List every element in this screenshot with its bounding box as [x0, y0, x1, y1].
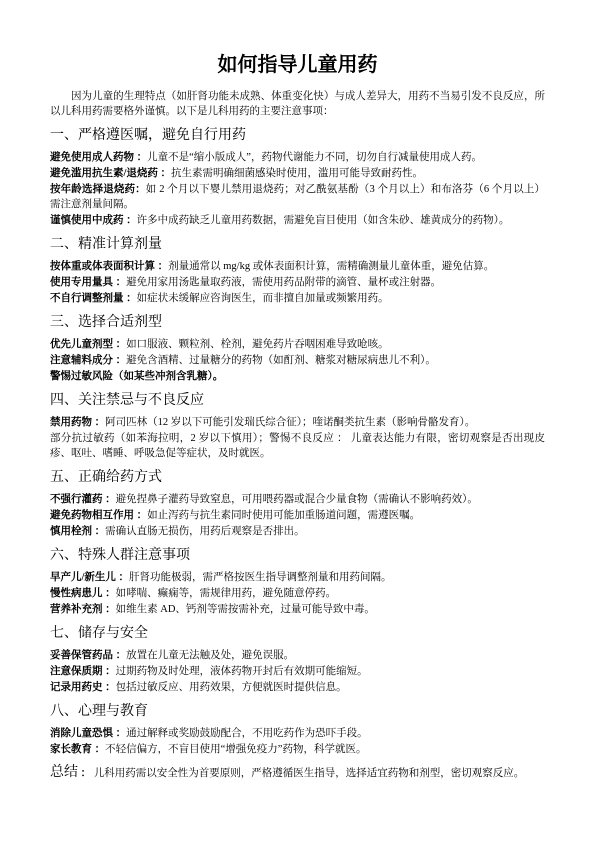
item-label: 禁用药物 ： [50, 417, 105, 428]
section-heading: 二、精准计算剂量 [50, 236, 545, 254]
section-follow-medical-advice: 一、严格遵医嘱，避免自行用药 避免使用成人药物 ：儿童不是“缩小版成人”，药物代… [50, 127, 545, 228]
summary-separator: ： [78, 768, 94, 779]
document-title: 如何指导儿童用药 [50, 52, 545, 78]
item-text: 如口服液、颗粒剂、栓剂，避免药片吞咽困难导致呛咳。 [126, 339, 389, 350]
item-line: 按体重或体表面积计算 ：剂量通常以 mg/kg 或体表面积计算，需精确测量儿童体… [50, 259, 545, 274]
item-text: 包括过敏反应、用药效果，方便就医时提供信息。 [116, 682, 347, 693]
item-text: 放置在儿童无法触及处，避免误服。 [126, 650, 294, 661]
item-text: 如止泻药与抗生素同时使用可能加重肠道问题，需遵医嘱。 [147, 510, 420, 521]
item-label: 不自行调整剂量 ： [50, 293, 137, 304]
item-line: 避免药物相互作用 ：如止泻药与抗生素同时使用可能加重肠道问题，需遵医嘱。 [50, 508, 545, 523]
item-line: 警惕过敏风险（如某些冲剂含乳糖）。 [50, 369, 545, 384]
item-line: 家长教育 ：不轻信偏方，不盲目使用“增强免疫力”药物，科学就医。 [50, 742, 545, 757]
item-line: 谨慎使用中成药 ：许多中成药缺乏儿童用药数据，需避免盲目使用（如含朱砂、雄黄成分… [50, 213, 545, 228]
item-label: 警惕过敏风险（如某些冲剂含乳糖）。 [50, 371, 223, 382]
item-text: 许多中成药缺乏儿童用药数据，需避免盲目使用（如含朱砂、雄黄成分的药物）。 [137, 215, 510, 226]
item-text: 避免捏鼻子灌药导致窒息，可用喂药器或混合少量食物（需确认不影响药效）。 [116, 494, 478, 505]
section-heading: 五、正确给药方式 [50, 469, 545, 487]
item-label: 避免药物相互作用 ： [50, 510, 147, 521]
item-line: 优先儿童剂型 ：如口服液、颗粒剂、栓剂，避免药片吞咽困难导致呛咳。 [50, 337, 545, 352]
item-text: 肝肾功能极弱，需严格按医生指导调整剂量和用药间隔。 [129, 572, 392, 583]
item-text: 通过解释或奖励鼓励配合，不用吃药作为恐吓手段。 [126, 728, 368, 739]
section-dose-calculation: 二、精准计算剂量 按体重或体表面积计算 ：剂量通常以 mg/kg 或体表面积计算… [50, 236, 545, 306]
item-line: 注意保质期 ：过期药物及时处理，液体药物开封后有效期可能缩短。 [50, 664, 545, 679]
document-page: 如何指导儿童用药 因为儿童的生理特点（如肝肾功能未成熟、体重变化快）与成人差异大… [0, 0, 595, 841]
item-text: 避免用家用汤匙量取药液，需使用药品附带的滴管、量杯或注射器。 [126, 277, 441, 288]
item-text: 需确认直肠无损伤，用药后观察是否排出。 [105, 526, 305, 537]
item-text: 如症状未缓解应咨询医生，而非擅自加量或频繁用药。 [137, 293, 389, 304]
item-line: 早产儿/新生儿 ：肝肾功能极弱，需严格按医生指导调整剂量和用药间隔。 [50, 570, 545, 585]
item-text: 不轻信偏方，不盲目使用“增强免疫力”药物，科学就医。 [105, 744, 366, 755]
item-text: 儿童不是“缩小版成人”，药物代谢能力不同，切勿自行减量使用成人药。 [147, 152, 482, 163]
item-text: 如哮喘、癫痫等，需规律用药，避免随意停药。 [116, 588, 337, 599]
item-line: 按年龄选择退烧药：如 2 个月以下婴儿禁用退烧药；对乙酰氨基酚（3 个月以上）和… [50, 182, 545, 212]
item-label: 记录用药史 ： [50, 682, 116, 693]
item-line: 消除儿童恐惧 ：通过解释或奖励鼓励配合，不用吃药作为恐吓手段。 [50, 726, 545, 741]
item-label: 慎用栓剂 ： [50, 526, 105, 537]
item-text: 抗生素需明确细菌感染时使用，滥用可能导致耐药性。 [171, 168, 423, 179]
item-label: 妥善保管药品 ： [50, 650, 126, 661]
item-line: 慢性病患儿 ：如哮喘、癫痫等，需规律用药，避免随意停药。 [50, 586, 545, 601]
item-text: 剂量通常以 mg/kg 或体表面积计算，需精确测量儿童体重，避免估算。 [168, 261, 494, 272]
item-text: 阿司匹林（12 岁以下可能引发瑞氏综合征）；喹诺酮类抗生素（影响骨骼发育）。 [105, 417, 475, 428]
item-label: 谨慎使用中成药 ： [50, 215, 137, 226]
section-contraindications: 四、关注禁忌与不良反应 禁用药物 ：阿司匹林（12 岁以下可能引发瑞氏综合征）；… [50, 392, 545, 461]
item-text: 如维生素 AD、钙剂等需按需补充，过量可能导致中毒。 [116, 604, 375, 615]
summary-label: 总结 [50, 765, 78, 780]
item-line: 不强行灌药 ：避免捏鼻子灌药导致窒息，可用喂药器或混合少量食物（需确认不影响药效… [50, 492, 545, 507]
item-label: 避免滥用抗生素/退烧药 ： [50, 168, 171, 179]
intro-paragraph: 因为儿童的生理特点（如肝肾功能未成熟、体重变化快）与成人差异大，用药不当易引发不… [50, 89, 545, 119]
section-psychology-education: 八、心理与教育 消除儿童恐惧 ：通过解释或奖励鼓励配合，不用吃药作为恐吓手段。 … [50, 703, 545, 757]
item-label: 消除儿童恐惧 ： [50, 728, 126, 739]
item-line: 慎用栓剂 ：需确认直肠无损伤，用药后观察是否排出。 [50, 524, 545, 539]
item-line: 避免滥用抗生素/退烧药 ：抗生素需明确细菌感染时使用，滥用可能导致耐药性。 [50, 166, 545, 181]
item-text: 过期药物及时处理，液体药物开封后有效期可能缩短。 [116, 666, 368, 677]
item-label: 注意辅料成分 ： [50, 355, 126, 366]
item-label: 按年龄选择退烧药： [50, 184, 146, 195]
item-line: 使用专用量具 ：避免用家用汤匙量取药液，需使用药品附带的滴管、量杯或注射器。 [50, 275, 545, 290]
item-text: 部分抗过敏药（如苯海拉明，2 岁以下慎用）；警惕不良反应 ： 儿童表达能力有限，… [50, 433, 545, 459]
item-label: 慢性病患儿 ： [50, 588, 116, 599]
section-heading: 七、储存与安全 [50, 625, 545, 643]
item-text: 避免含酒精、过量糖分的药物（如酊剂、糖浆对糖尿病患儿不利）。 [126, 355, 436, 366]
item-label: 按体重或体表面积计算 ： [50, 261, 168, 272]
section-heading: 四、关注禁忌与不良反应 [50, 392, 545, 410]
item-label: 注意保质期 ： [50, 666, 116, 677]
section-heading: 三、选择合适剂型 [50, 314, 545, 332]
section-special-groups: 六、特殊人群注意事项 早产儿/新生儿 ：肝肾功能极弱，需严格按医生指导调整剂量和… [50, 547, 545, 617]
item-line: 部分抗过敏药（如苯海拉明，2 岁以下慎用）；警惕不良反应 ： 儿童表达能力有限，… [50, 431, 545, 461]
item-line: 营养补充剂 ：如维生素 AD、钙剂等需按需补充，过量可能导致中毒。 [50, 602, 545, 617]
item-label: 优先儿童剂型 ： [50, 339, 126, 350]
summary-text: 儿科用药需以安全性为首要原则，严格遵循医生指导，选择适宜药物和剂型，密切观察反应… [94, 768, 525, 779]
section-storage-safety: 七、储存与安全 妥善保管药品 ：放置在儿童无法触及处，避免误服。 注意保质期 ：… [50, 625, 545, 695]
summary-paragraph: 总结 ： 儿科用药需以安全性为首要原则，严格遵循医生指导，选择适宜药物和剂型，密… [50, 764, 545, 782]
item-label: 营养补充剂 ： [50, 604, 116, 615]
item-label: 家长教育 ： [50, 744, 105, 755]
section-heading: 一、严格遵医嘱，避免自行用药 [50, 127, 545, 145]
section-heading: 六、特殊人群注意事项 [50, 547, 545, 565]
item-label: 不强行灌药 ： [50, 494, 116, 505]
item-label: 避免使用成人药物 ： [50, 152, 147, 163]
section-dosage-form: 三、选择合适剂型 优先儿童剂型 ：如口服液、颗粒剂、栓剂，避免药片吞咽困难导致呛… [50, 314, 545, 384]
item-line: 注意辅料成分 ：避免含酒精、过量糖分的药物（如酊剂、糖浆对糖尿病患儿不利）。 [50, 353, 545, 368]
item-label: 早产儿/新生儿 ： [50, 572, 129, 583]
item-line: 不自行调整剂量 ：如症状未缓解应咨询医生，而非擅自加量或频繁用药。 [50, 291, 545, 306]
item-line: 妥善保管药品 ：放置在儿童无法触及处，避免误服。 [50, 648, 545, 663]
section-administration: 五、正确给药方式 不强行灌药 ：避免捏鼻子灌药导致窒息，可用喂药器或混合少量食物… [50, 469, 545, 539]
section-heading: 八、心理与教育 [50, 703, 545, 721]
item-line: 记录用药史 ：包括过敏反应、用药效果，方便就医时提供信息。 [50, 680, 545, 695]
item-label: 使用专用量具 ： [50, 277, 126, 288]
item-line: 避免使用成人药物 ：儿童不是“缩小版成人”，药物代谢能力不同，切勿自行减量使用成… [50, 150, 545, 165]
item-line: 禁用药物 ：阿司匹林（12 岁以下可能引发瑞氏综合征）；喹诺酮类抗生素（影响骨骼… [50, 415, 545, 430]
